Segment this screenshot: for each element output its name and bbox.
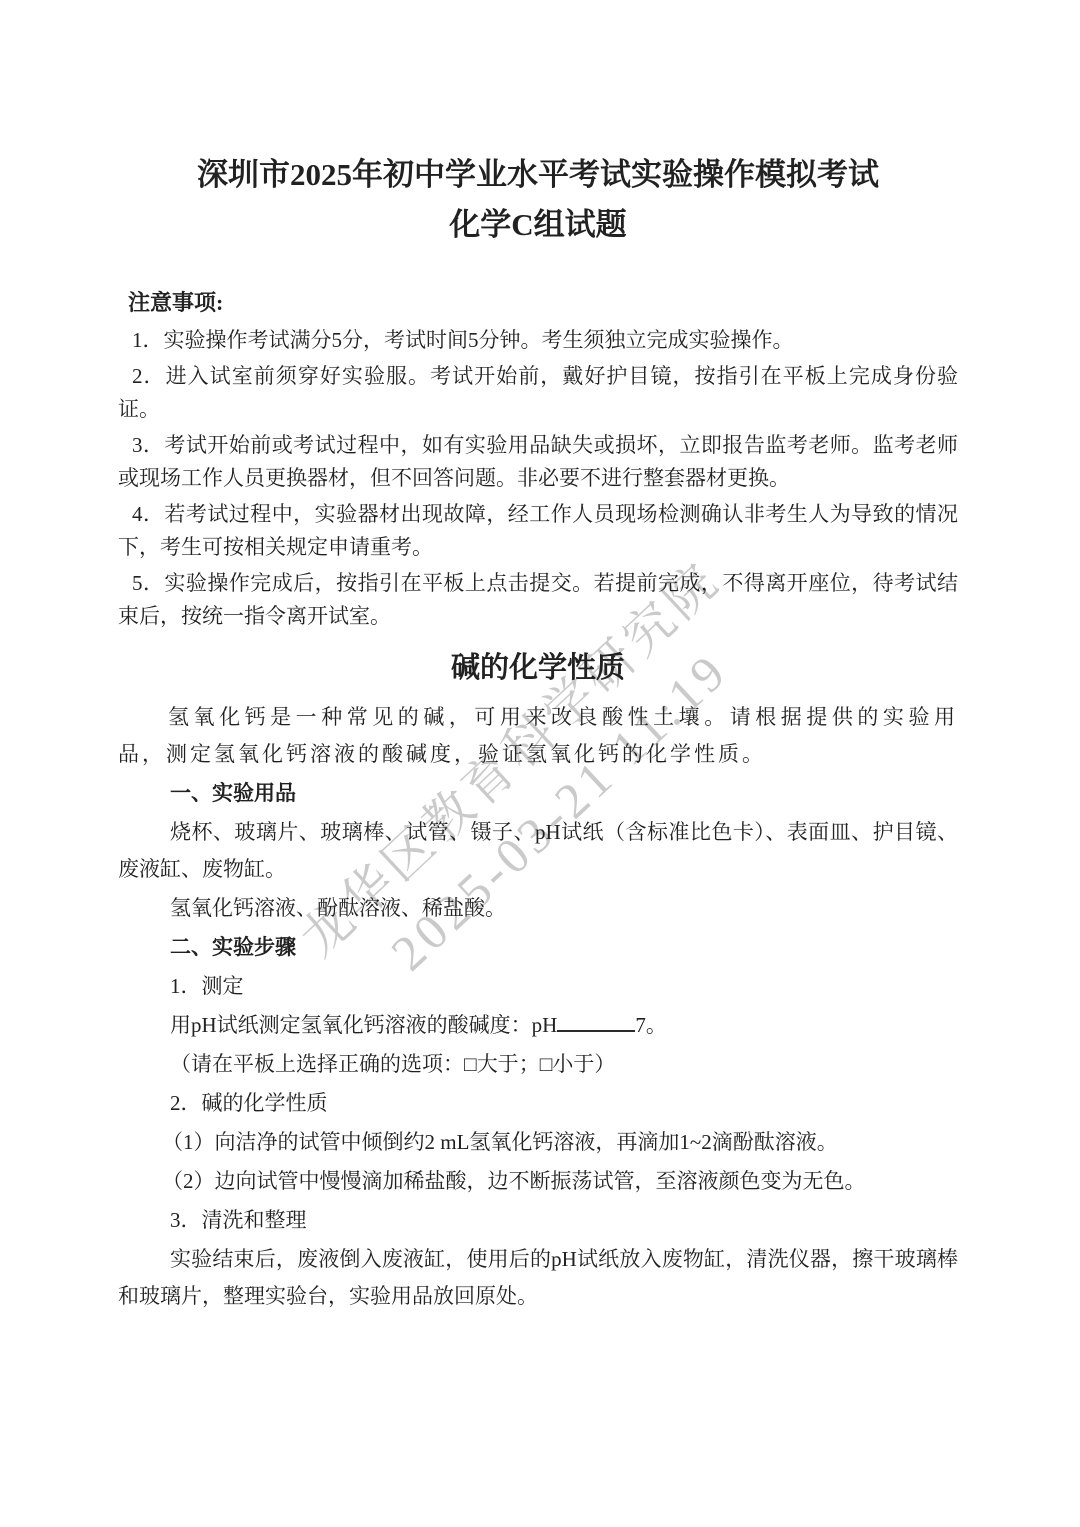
ph-measure-text: 用pH试纸测定氢氧化钙溶液的酸碱度：pH <box>170 1013 557 1037</box>
steps-heading: 二、实验步骤 <box>118 929 958 966</box>
notice-item-1: 1．实验操作考试满分5分，考试时间5分钟。考生须独立完成实验操作。 <box>118 324 958 357</box>
step2-substep-2: （2）边向试管中慢慢滴加稀盐酸，边不断振荡试管，至溶液颜色变为无色。 <box>118 1163 958 1200</box>
experiment-intro: 氢氧化钙是一种常见的碱，可用来改良酸性土壤。请根据提供的实验用品，测定氢氧化钙溶… <box>118 699 958 773</box>
options-prefix: （请在平板上选择正确的选项： <box>170 1052 464 1076</box>
ph-blank-line <box>557 1028 635 1032</box>
option-less-label: 小于 <box>552 1052 594 1076</box>
notice-item-3: 3．考试开始前或考试过程中，如有实验用品缺失或损坏，立即报告监考老师。监考老师或… <box>118 429 958 495</box>
supplies-instruments-list: 烧杯、玻璃片、玻璃棒、试管、镊子、pH试纸（含标准比色卡）、表面皿、护目镜、废液… <box>118 814 958 888</box>
experiment-title: 碱的化学性质 <box>118 645 958 691</box>
document-content: 深圳市2025年初中学业水平考试实验操作模拟考试 化学C组试题 注意事项: 1．… <box>0 0 1080 1315</box>
notice-item-2: 2．进入试室前须穿好实验服。考试开始前，戴好护目镜，按指引在平板上完成身份验证。 <box>118 360 958 426</box>
step2-substep-1: （1）向洁净的试管中倾倒约2 mL氢氧化钙溶液，再滴加1~2滴酚酞溶液。 <box>118 1124 958 1161</box>
notice-item-4: 4．若考试过程中，实验器材出现故障，经工作人员现场检测确认非考生人为导致的情况下… <box>118 498 958 564</box>
option-greater-label: 大于 <box>477 1052 519 1076</box>
checkbox-less-icon: □ <box>540 1052 553 1076</box>
notice-item-5: 5．实验操作完成后，按指引在平板上点击提交。若提前完成，不得离开座位，待考试结束… <box>118 567 958 633</box>
checkbox-greater-icon: □ <box>464 1052 477 1076</box>
ph-measure-suffix: 7。 <box>635 1013 667 1037</box>
step1-title: 1．测定 <box>118 968 958 1005</box>
ph-measure-line: 用pH试纸测定氢氧化钙溶液的酸碱度：pH7。 <box>118 1007 958 1044</box>
document-title: 深圳市2025年初中学业水平考试实验操作模拟考试 <box>118 150 958 200</box>
exam-document-page: 龙华区教育科学研究院 2025-03-21 11:19 深圳市2025年初中学业… <box>0 0 1080 1527</box>
options-suffix: ） <box>594 1052 615 1076</box>
options-separator: ； <box>519 1052 540 1076</box>
document-subtitle: 化学C组试题 <box>118 200 958 250</box>
notices-heading: 注意事项: <box>128 286 958 320</box>
ph-options-line: （请在平板上选择正确的选项：□大于；□小于） <box>118 1046 958 1083</box>
step3-text: 实验结束后，废液倒入废液缸，使用后的pH试纸放入废物缸，清洗仪器，擦干玻璃棒和玻… <box>118 1241 958 1315</box>
supplies-reagents-list: 氢氧化钙溶液、酚酞溶液、稀盐酸。 <box>118 890 958 927</box>
supplies-heading: 一、实验用品 <box>118 775 958 812</box>
step3-title: 3．清洗和整理 <box>118 1202 958 1239</box>
step2-title: 2．碱的化学性质 <box>118 1085 958 1122</box>
